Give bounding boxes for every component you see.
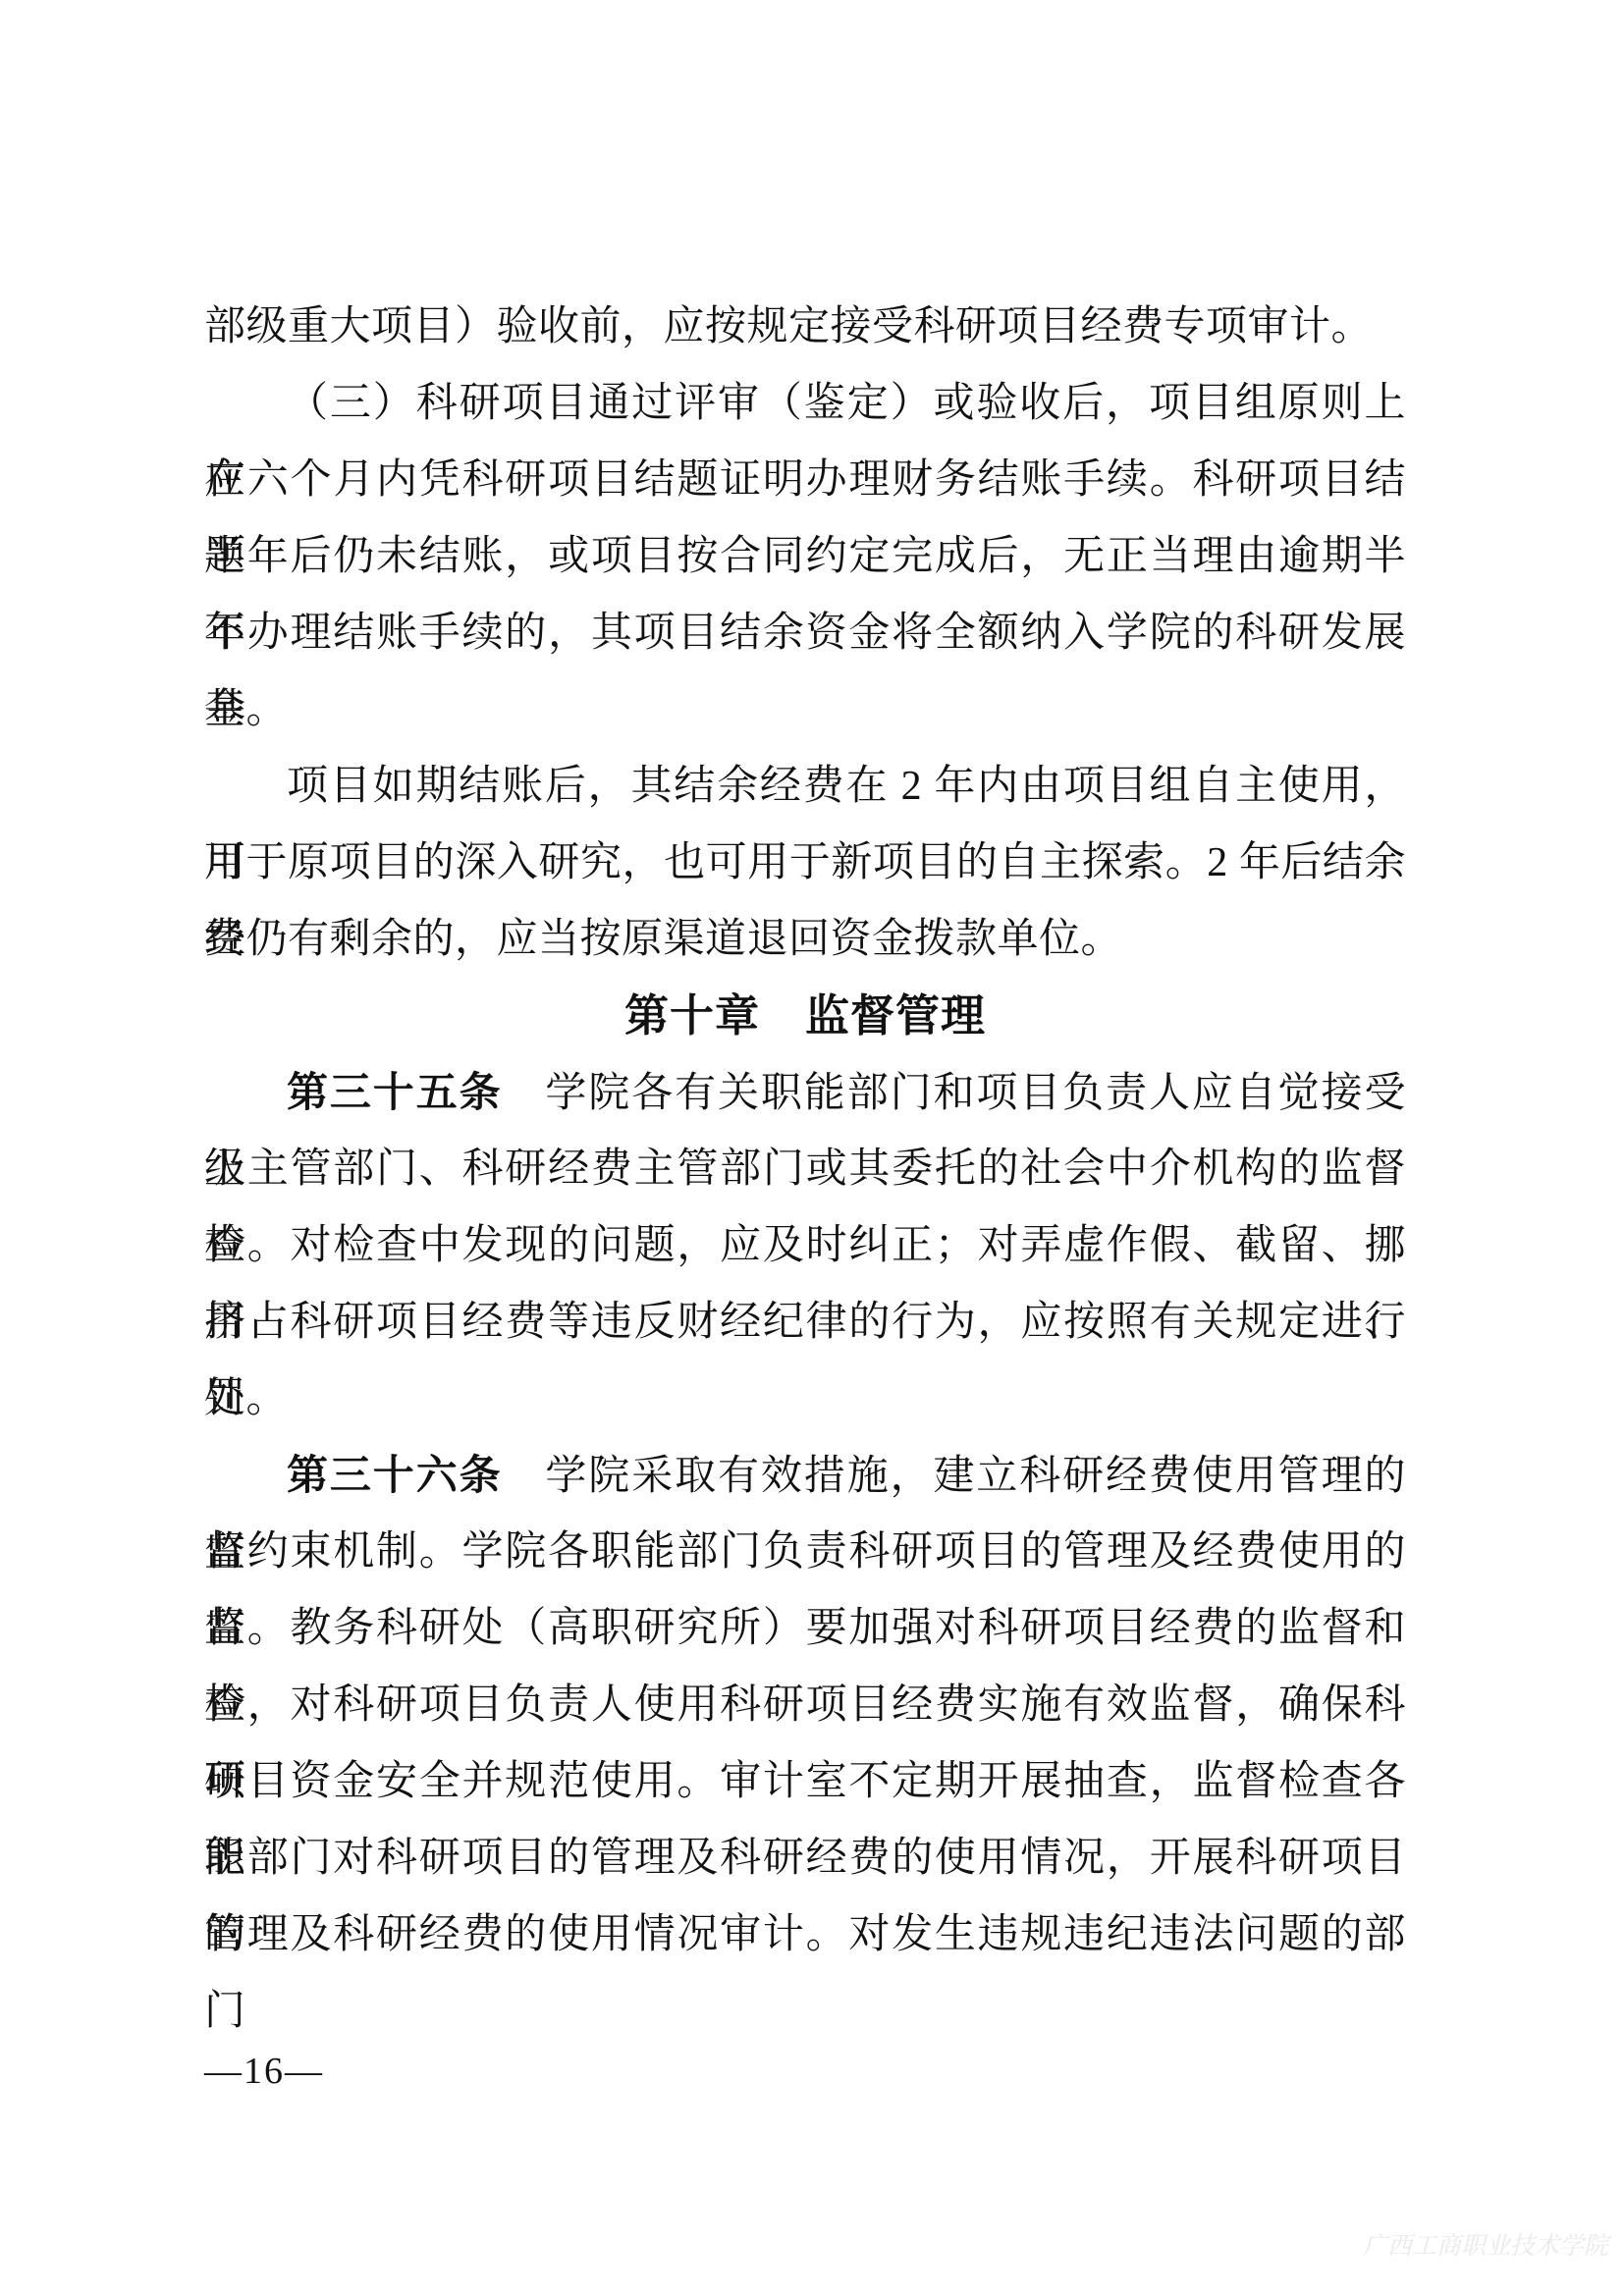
text-line: 费仍有剩余的，应当按原渠道退回资金拨款单位。 <box>204 901 1406 978</box>
text-line: 能部门对科研项目的管理及科研经费的使用情况，开展科研项目的 <box>204 1820 1406 1896</box>
text-line: 第三十五条 学院各有关职能部门和项目负责人应自觉接受上 <box>204 1054 1406 1131</box>
article-number: 第三十五条 <box>287 1069 503 1115</box>
text-line: 查，对科研项目负责人使用科研项目经费实施有效监督，确保科研 <box>204 1667 1406 1743</box>
text-line: 级主管部门、科研经费主管部门或其委托的社会中介机构的监督检 <box>204 1131 1406 1207</box>
text-line: 部级重大项目）验收前，应按规定接受科研项目经费专项审计。 <box>204 289 1406 365</box>
text-line: 督。教务科研处（高职研究所）要加强对科研项目经费的监督和检 <box>204 1590 1406 1667</box>
document-page: 部级重大项目）验收前，应按规定接受科研项目经费专项审计。（三）科研项目通过评审（… <box>0 0 1624 2296</box>
text-run: 金。 <box>204 687 288 732</box>
text-line: 管理及科研经费的使用情况审计。对发生违规违纪违法问题的部门 <box>204 1896 1406 1973</box>
article-number: 第三十六条 <box>287 1452 503 1498</box>
text-line: 督约束机制。学院各职能部门负责科研项目的管理及经费使用的监 <box>204 1514 1406 1590</box>
text-line: 不办理结账手续的，其项目结余资金将全额纳入学院的科研发展基 <box>204 595 1406 671</box>
text-line: 项目如期结账后，其结余经费在 2 年内由项目组自主使用，可 <box>204 748 1406 825</box>
text-run: 费仍有剩余的，应当按原渠道退回资金拨款单位。 <box>204 917 1122 962</box>
text-run: 罚。 <box>204 1376 288 1421</box>
text-line: 用于原项目的深入研究，也可用于新项目的自主探索。2 年后结余经 <box>204 825 1406 901</box>
text-run: 部级重大项目）验收前，应按规定接受科研项目经费专项审计。 <box>204 304 1373 349</box>
watermark-text: 广西工商职业技术学院 <box>1363 2230 1614 2264</box>
text-line: 挤占科研项目经费等违反财经纪律的行为，应按照有关规定进行处 <box>204 1284 1406 1361</box>
text-line: 在六个月内凭科研项目结题证明办理财务结账手续。科研项目结题 <box>204 442 1406 518</box>
text-block: 部级重大项目）验收前，应按规定接受科研项目经费专项审计。（三）科研项目通过评审（… <box>204 289 1406 1973</box>
text-line: 罚。 <box>204 1361 1406 1437</box>
text-line: 半年后仍未结账，或项目按合同约定完成后，无正当理由逾期半年 <box>204 518 1406 595</box>
text-line: 第三十六条 学院采取有效措施，建立科研经费使用管理的监 <box>204 1437 1406 1514</box>
chapter-heading: 第十章 监督管理 <box>204 978 1406 1054</box>
text-run: 管理及科研经费的使用情况审计。对发生违规违纪违法问题的部门 <box>204 1912 1406 2034</box>
text-line: 查。对检查中发现的问题，应及时纠正；对弄虚作假、截留、挪用、 <box>204 1207 1406 1284</box>
page-number: —16— <box>204 2050 324 2093</box>
text-line: 项目资金安全并规范使用。审计室不定期开展抽查，监督检查各职 <box>204 1743 1406 1820</box>
text-line: （三）科研项目通过评审（鉴定）或验收后，项目组原则上应 <box>204 365 1406 442</box>
text-line: 金。 <box>204 671 1406 748</box>
